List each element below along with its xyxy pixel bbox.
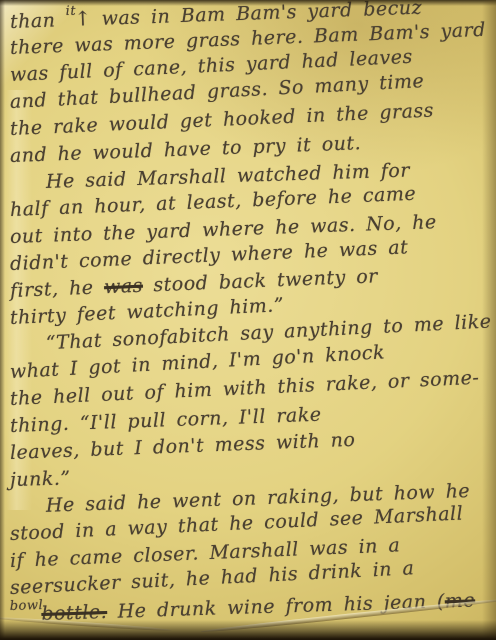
inserted-word: bowl	[9, 592, 43, 620]
manuscript-lines: than it↑ was in Bam Bam's yard becuzther…	[10, 8, 496, 629]
strikethrough-word: was	[104, 275, 144, 299]
paper-bottom-edge-shadow	[0, 620, 496, 640]
paper-right-edge-shadow	[482, 0, 496, 640]
handwriting-text: He drunk wine from his jean (	[107, 590, 445, 623]
handwriting-text: junk.”	[10, 467, 71, 491]
paper-top-edge-shadow	[0, 0, 496, 6]
handwriting-text: than	[10, 9, 67, 33]
handwriting-text: first, he	[10, 276, 105, 302]
manuscript-page: than it↑ was in Bam Bam's yard becuzther…	[0, 0, 496, 640]
screenshot-root: than it↑ was in Bam Bam's yard becuzther…	[0, 0, 496, 640]
paper-left-edge-shadow	[0, 0, 5, 640]
insertion-caret-mark: ↑	[74, 6, 92, 31]
